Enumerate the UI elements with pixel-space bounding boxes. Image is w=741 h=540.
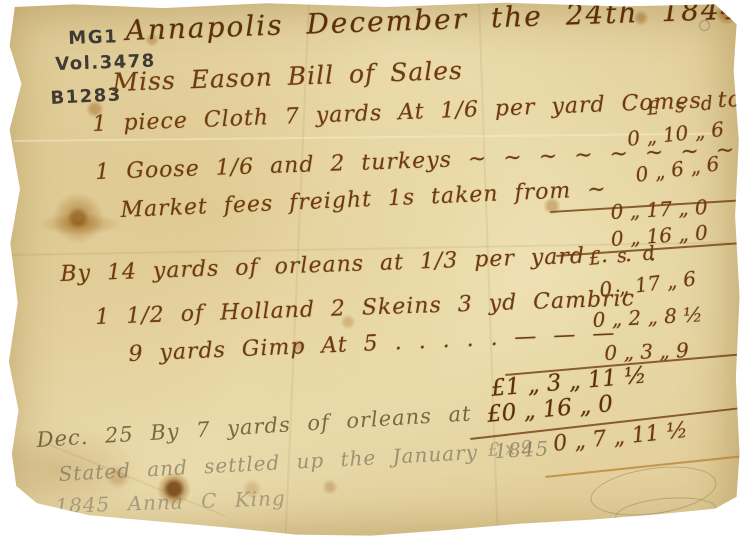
archival-collection-mark: MG1	[68, 26, 118, 49]
bill-place-date: Annapolis December the 24th 1844	[125, 0, 741, 47]
bill-line-gimp: 9 yards Gimp At 5 . . . . . — — —	[128, 321, 616, 367]
bill-title: Miss Eason Bill of Sales	[112, 56, 463, 97]
archival-box-mark: B1283	[50, 84, 122, 109]
balance-amount: 0 „ 7 „ 11 ½	[552, 418, 689, 457]
currency-column-header-upper: £ s d	[646, 92, 714, 120]
bill-line-fees: Market fees freight 1s taken from ~	[120, 177, 607, 223]
pencil-signature: 1845 Anna C King	[55, 486, 286, 518]
manuscript-paper: MG1 Vol.3478 B1283 Annapolis December th…	[0, 0, 741, 540]
amount-fees: 0 „ 17 „ 0	[610, 195, 708, 224]
